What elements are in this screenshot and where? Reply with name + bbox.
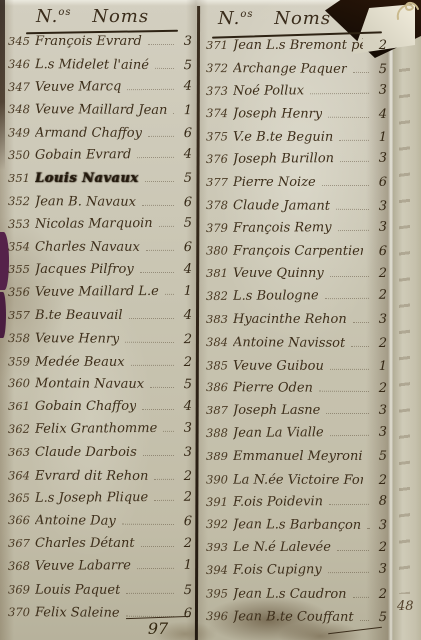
- entry-count: 4: [373, 108, 387, 123]
- entry-count: 2: [373, 381, 387, 396]
- register-row: 372Archange Paquer5: [206, 61, 387, 85]
- entry-number: 393: [206, 540, 233, 554]
- entry-number: 392: [206, 517, 233, 531]
- entry-name: B.te Beauvail: [35, 308, 123, 323]
- register-row: 389Emmanuel Meyronin5: [206, 449, 387, 472]
- entry-count: 2: [373, 336, 387, 351]
- dot-leader: [146, 250, 174, 251]
- right-register-column: 371Jean L.s Bremont père2372Archange Paq…: [206, 38, 387, 632]
- entry-name: F.ois Poidevin: [233, 494, 323, 510]
- register-row: 355Jacques Pilfroy4: [8, 262, 192, 285]
- entry-name: Jean La Vialle: [233, 425, 324, 441]
- dot-leader: [129, 318, 174, 319]
- register-row: 347Veuve Marcq4: [8, 78, 192, 102]
- entry-count: 5: [178, 58, 192, 73]
- entry-count: 5: [178, 215, 192, 230]
- dot-leader: [163, 431, 174, 432]
- entry-count: 2: [178, 355, 192, 370]
- entry-count: 1: [373, 130, 387, 145]
- entry-number: 387: [206, 403, 233, 417]
- register-row: 345François Evrard3: [8, 34, 192, 57]
- entry-count: 2: [178, 489, 192, 504]
- right-column-header: N.os Noms: [218, 8, 331, 29]
- scanned-register-page: 48 N.os Noms 345François Evrard3346L.s M…: [0, 0, 421, 640]
- register-row: 371Jean L.s Bremont père2: [206, 38, 387, 61]
- entry-count: 5: [373, 62, 387, 77]
- register-row: 384Antoine Navissot2: [206, 335, 387, 359]
- entry-number: 357: [8, 308, 35, 322]
- entry-number: 349: [8, 126, 35, 140]
- register-row: 363Claude Darbois3: [8, 445, 192, 468]
- entry-name: Jean L.s Bremont père: [233, 38, 363, 53]
- entry-number: 352: [8, 194, 35, 208]
- register-row: 379François Remy3: [206, 219, 387, 243]
- entry-count: 2: [373, 540, 387, 555]
- entry-name: Pierre Noize: [233, 175, 316, 190]
- register-row: 381Veuve Quinny2: [206, 266, 387, 289]
- dot-leader: [339, 140, 369, 141]
- entry-count: 2: [373, 38, 387, 53]
- dot-leader: [310, 93, 369, 94]
- entry-name: Antoine Day: [35, 514, 116, 529]
- register-row: 391F.ois Poidevin8: [206, 493, 387, 517]
- entry-name: Antoine Navissot: [233, 335, 345, 351]
- dot-leader: [328, 572, 369, 573]
- dot-leader: [150, 387, 174, 388]
- register-row: 356Veuve Maillard L.e1: [8, 284, 192, 308]
- register-row: 390La N.ée Victoire Fontaine2: [206, 472, 387, 495]
- entry-name: Veuve Henry: [35, 331, 119, 347]
- register-row: 392Jean L.s Barbançon3: [206, 517, 387, 541]
- header-numbers-label: N.os: [218, 8, 253, 29]
- left-torn-edge: [0, 0, 5, 170]
- entry-name: Le N.é Lalevée: [233, 540, 331, 555]
- register-row: 380François Carpentier6: [206, 244, 387, 267]
- entry-number: 346: [8, 57, 35, 71]
- dot-leader: [148, 136, 174, 137]
- entry-number: 350: [8, 148, 35, 162]
- register-row: 354Charles Navaux6: [8, 240, 192, 263]
- entry-number: 388: [206, 426, 233, 440]
- entry-count: 6: [373, 175, 387, 190]
- faint-writing-marks: [399, 54, 410, 594]
- entry-number: 363: [8, 445, 35, 459]
- entry-number: 386: [206, 380, 233, 394]
- entry-count: 5: [178, 171, 192, 186]
- entry-name: Claude Darbois: [35, 445, 137, 460]
- dot-leader: [338, 229, 369, 230]
- dot-leader: [141, 546, 174, 547]
- entry-number: 368: [8, 559, 35, 573]
- entry-name: Gobain Chaffoy: [35, 399, 136, 414]
- entry-name: Claude Jamant: [233, 198, 330, 214]
- entry-name: Montain Navaux: [35, 377, 144, 393]
- entry-name: Medée Beaux: [35, 354, 125, 369]
- register-row: 367Charles Détant2: [8, 536, 192, 559]
- entry-name: François Carpentier: [233, 244, 363, 259]
- dot-leader: [165, 294, 174, 295]
- entry-name: Charles Détant: [35, 536, 135, 551]
- entry-number: 376: [206, 152, 233, 166]
- entry-count: 4: [178, 78, 192, 93]
- entry-number: 364: [8, 468, 35, 482]
- entry-name: Veuve Quinny: [233, 266, 324, 281]
- book-cover-patch: [0, 292, 6, 338]
- dot-leader: [154, 479, 174, 480]
- dot-leader: [131, 364, 174, 365]
- register-row: 376Joseph Burillon3: [206, 151, 387, 175]
- entry-count: 8: [373, 493, 387, 508]
- entry-name: Charles Navaux: [35, 240, 140, 255]
- register-row: 360Montain Navaux5: [8, 376, 192, 400]
- entry-name: Veuve Marcq: [35, 79, 121, 95]
- dot-leader: [122, 524, 174, 525]
- entry-number: 366: [8, 513, 35, 527]
- left-register-column: 345François Evrard3346L.s Midelet l'ainé…: [8, 34, 192, 628]
- register-row: 349Armand Chaffoy6: [8, 126, 192, 149]
- register-row: 375V.e B.te Beguin1: [206, 130, 387, 153]
- register-row: 382L.s Boulogne2: [206, 288, 387, 312]
- dot-leader: [137, 568, 174, 569]
- entry-name: Louis Paquet: [35, 582, 120, 597]
- entry-number: 365: [8, 490, 35, 504]
- entry-count: 2: [178, 469, 192, 484]
- entry-number: 359: [8, 354, 35, 368]
- entry-count: 3: [373, 425, 387, 440]
- entry-count: 2: [178, 332, 192, 347]
- dot-leader: [353, 72, 369, 73]
- entry-number: 355: [8, 262, 35, 276]
- entry-name: Armand Chaffoy: [35, 126, 142, 141]
- entry-name: Archange Paquer: [233, 61, 347, 77]
- dot-leader: [143, 455, 174, 456]
- entry-count: 5: [178, 583, 192, 598]
- dot-leader: [330, 276, 369, 277]
- entry-number: 361: [8, 399, 35, 413]
- next-page-number-fragment: 48: [397, 599, 414, 614]
- entry-name: L.s Midelet l'ainé: [35, 57, 149, 73]
- dot-leader: [353, 322, 369, 323]
- entry-name: Joseph Burillon: [233, 151, 334, 167]
- register-row: 378Claude Jamant3: [206, 198, 387, 222]
- register-row: 373Noé Pollux3: [206, 82, 387, 106]
- dot-leader: [145, 181, 174, 182]
- next-page-edge: [393, 0, 421, 640]
- entry-name: Emmanuel Meyronin: [233, 449, 363, 464]
- entry-number: 360: [8, 376, 35, 390]
- entry-number: 385: [206, 358, 233, 372]
- entry-name: Joseph Lasne: [233, 403, 320, 418]
- dot-leader: [330, 368, 369, 369]
- entry-name: Joseph Henry: [233, 107, 322, 123]
- register-row: 348Veuve Maillard Jean1: [8, 102, 192, 126]
- entry-number: 354: [8, 240, 35, 254]
- entry-count: 3: [178, 421, 192, 436]
- entry-count: 3: [373, 199, 387, 214]
- entry-number: 394: [206, 563, 233, 577]
- register-row: 357B.te Beauvail4: [8, 308, 192, 331]
- entry-name: Noé Pollux: [233, 83, 304, 98]
- entry-name: Felix Saleine: [35, 605, 120, 621]
- entry-count: 3: [373, 562, 387, 577]
- dot-leader: [360, 620, 369, 621]
- entry-name: Jean L.s Caudron: [233, 586, 347, 601]
- entry-name: Veuve Maillard Jean: [35, 103, 168, 119]
- register-row: 346L.s Midelet l'ainé5: [8, 57, 192, 81]
- entry-count: 4: [178, 308, 192, 323]
- register-row: 395Jean L.s Caudron2: [206, 586, 387, 609]
- left-column-header: N.os Noms: [36, 6, 149, 27]
- entry-count: 3: [373, 82, 387, 97]
- entry-count: 2: [373, 288, 387, 303]
- entry-count: 1: [178, 104, 192, 119]
- entry-name: V.e B.te Beguin: [233, 130, 333, 145]
- header-names-label: Noms: [274, 8, 331, 29]
- entry-number: 396: [206, 609, 233, 623]
- dot-leader: [159, 225, 174, 226]
- entry-count: 5: [373, 610, 387, 625]
- entry-count: 3: [178, 34, 192, 49]
- binding-clasp-icon: [394, 0, 420, 28]
- entry-count: 2: [373, 473, 387, 488]
- dot-leader: [337, 550, 369, 551]
- register-row: 387Joseph Lasne3: [206, 403, 387, 426]
- entry-name: François Remy: [233, 220, 332, 236]
- register-row: 353Nicolas Marquoin5: [8, 215, 192, 239]
- left-column-total: 97: [126, 617, 190, 638]
- entry-count: 6: [178, 240, 192, 255]
- register-row: 358Veuve Henry2: [8, 331, 192, 355]
- entry-number: 379: [206, 220, 233, 234]
- entry-number: 347: [8, 79, 35, 93]
- entry-count: 4: [178, 262, 192, 277]
- entry-number: 370: [8, 605, 35, 619]
- register-row: 388Jean La Vialle3: [206, 425, 387, 449]
- dot-leader: [173, 113, 174, 114]
- dot-leader: [148, 44, 174, 45]
- register-row: 393Le N.é Lalevée2: [206, 540, 387, 563]
- dot-leader: [142, 205, 174, 206]
- entry-number: 362: [8, 422, 35, 436]
- entry-number: 383: [206, 312, 233, 326]
- entry-name: Jacques Pilfroy: [35, 262, 134, 277]
- entry-number: 345: [8, 34, 35, 48]
- register-row: 350Gobain Evrard4: [8, 147, 192, 171]
- register-row: 369Louis Paquet5: [8, 582, 192, 605]
- entry-count: 2: [373, 587, 387, 602]
- entry-name: Felix Granthomme: [35, 421, 157, 437]
- entry-number: 380: [206, 244, 233, 258]
- entry-name: L.s Boulogne: [233, 288, 319, 304]
- dot-leader: [142, 409, 174, 410]
- register-row: 377Pierre Noize6: [206, 175, 387, 198]
- entry-number: 390: [206, 472, 233, 486]
- entry-name: F.ois Cupigny: [233, 562, 322, 578]
- dot-leader: [125, 341, 174, 342]
- dot-leader: [126, 593, 174, 594]
- entry-number: 367: [8, 536, 35, 550]
- register-row: 385Veuve Guibou1: [206, 358, 387, 381]
- entry-name: Pierre Oden: [233, 381, 313, 396]
- register-row: 368Veuve Labarre1: [8, 558, 192, 582]
- dot-leader: [367, 528, 369, 529]
- register-row: 351Louis Navaux5: [8, 171, 192, 194]
- register-row: 365L.s Joseph Plique2: [8, 489, 192, 513]
- dot-leader: [330, 435, 369, 436]
- dot-leader: [329, 503, 369, 504]
- entry-name: Evrard dit Rehon: [35, 468, 148, 483]
- entry-number: 356: [8, 285, 35, 299]
- entry-name: Veuve Maillard L.e: [35, 284, 159, 300]
- entry-count: 4: [178, 399, 192, 414]
- dot-leader: [340, 161, 369, 162]
- entry-name: Nicolas Marquoin: [35, 216, 153, 232]
- entry-name: Jean B. Navaux: [35, 194, 136, 210]
- total-value: 97: [126, 619, 190, 638]
- register-row: 374Joseph Henry4: [206, 106, 387, 130]
- register-row: 361Gobain Chaffoy4: [8, 399, 192, 422]
- register-row: 366Antoine Day6: [8, 513, 192, 537]
- entry-number: 384: [206, 335, 233, 349]
- entry-number: 395: [206, 586, 233, 600]
- entry-number: 371: [206, 38, 233, 52]
- entry-number: 377: [206, 175, 233, 189]
- entry-count: 5: [373, 449, 387, 464]
- dot-leader: [353, 597, 369, 598]
- entry-count: 4: [178, 147, 192, 162]
- entry-number: 373: [206, 83, 233, 97]
- entry-count: 1: [178, 284, 192, 299]
- register-row: 386Pierre Oden2: [206, 380, 387, 404]
- entry-number: 372: [206, 61, 233, 75]
- dot-leader: [328, 117, 369, 118]
- dot-leader: [336, 209, 369, 210]
- header-names-label: Noms: [92, 6, 149, 27]
- entry-count: 3: [373, 219, 387, 234]
- dot-leader: [322, 185, 369, 186]
- entry-count: 1: [178, 558, 192, 573]
- dot-leader: [127, 88, 174, 89]
- entry-number: 351: [8, 171, 35, 185]
- entry-count: 6: [178, 126, 192, 141]
- entry-name: Hyacinthe Rehon: [233, 312, 347, 327]
- entry-name: Louis Navaux: [35, 171, 139, 186]
- entry-number: 353: [8, 216, 35, 230]
- entry-name: Gobain Evrard: [35, 147, 131, 163]
- entry-count: 2: [373, 266, 387, 281]
- entry-count: 3: [373, 518, 387, 533]
- entry-name: L.s Joseph Plique: [35, 490, 148, 506]
- entry-number: 374: [206, 106, 233, 120]
- entry-number: 378: [206, 198, 233, 212]
- entry-count: 2: [178, 536, 192, 551]
- entry-name: La N.ée Victoire Fontaine: [233, 472, 363, 487]
- entry-number: 382: [206, 289, 233, 303]
- entry-name: François Evrard: [35, 34, 142, 49]
- entry-count: 6: [373, 244, 387, 259]
- entry-count: 3: [373, 403, 387, 418]
- register-row: 383Hyacinthe Rehon3: [206, 312, 387, 335]
- entry-count: 3: [373, 151, 387, 166]
- register-row: 352Jean B. Navaux6: [8, 194, 192, 218]
- entry-count: 3: [373, 312, 387, 327]
- entry-count: 1: [373, 359, 387, 374]
- entry-number: 358: [8, 331, 35, 345]
- dot-leader: [137, 157, 174, 158]
- dot-leader: [154, 499, 174, 500]
- register-row: 359Medée Beaux2: [8, 354, 192, 377]
- entry-count: 5: [178, 377, 192, 392]
- dot-leader: [155, 68, 174, 69]
- entry-count: 6: [178, 514, 192, 529]
- entry-name: Veuve Guibou: [233, 358, 324, 373]
- dot-leader: [325, 298, 369, 299]
- entry-number: 389: [206, 449, 233, 463]
- register-row: 362Felix Granthomme3: [8, 421, 192, 445]
- dot-leader: [326, 413, 369, 414]
- entry-name: Jean B.te Couffant: [233, 609, 354, 625]
- dot-leader: [351, 346, 369, 347]
- entry-number: 369: [8, 582, 35, 596]
- dot-leader: [140, 272, 174, 273]
- entry-name: Veuve Labarre: [35, 558, 131, 574]
- register-row: 394F.ois Cupigny3: [206, 562, 387, 586]
- entry-name: Jean L.s Barbançon: [233, 518, 361, 534]
- header-numbers-label: N.os: [36, 6, 71, 27]
- dot-leader: [319, 391, 369, 392]
- entry-count: 3: [178, 445, 192, 460]
- entry-number: 348: [8, 102, 35, 116]
- entry-number: 391: [206, 494, 233, 508]
- entry-count: 6: [178, 195, 192, 210]
- entry-number: 381: [206, 266, 233, 280]
- register-row: 364Evrard dit Rehon2: [8, 468, 192, 491]
- entry-number: 375: [206, 130, 233, 144]
